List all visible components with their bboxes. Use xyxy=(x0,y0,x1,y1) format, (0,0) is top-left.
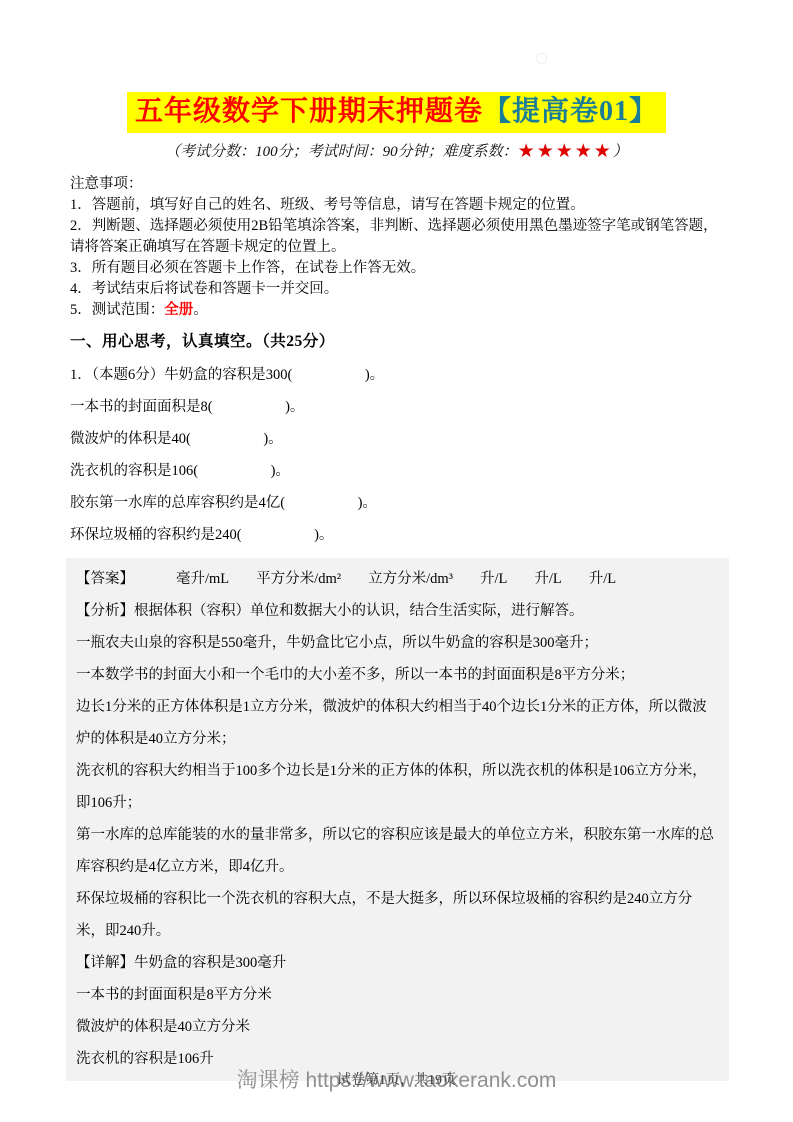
exam-info-line: （考试分数：100分；考试时间：90分钟；难度系数：★★★★★） xyxy=(70,140,723,163)
analysis-line: 洗衣机的容积大约相当于100多个边长是1分米的正方体的体积，所以洗衣机的体积是1… xyxy=(76,755,719,819)
detail-line: 微波炉的体积是40立方分米 xyxy=(76,1011,719,1043)
title-highlight: 五年级数学下册期末押题卷【提高卷01】 xyxy=(127,92,666,133)
note-item-5-prefix: 5．测试范围： xyxy=(70,302,164,318)
answer-value: 升/L xyxy=(589,563,616,595)
note-item-1: 1．答题前，填写好自己的姓名、班级、考号等信息，请写在答题卡规定的位置。 xyxy=(70,195,723,216)
detail-line: 【详解】牛奶盒的容积是300毫升 xyxy=(76,947,719,979)
difficulty-stars: ★★★★★ xyxy=(518,141,613,162)
question-line: 环保垃圾桶的容积约是240( )。 xyxy=(70,528,723,543)
notes-section: 注意事项： 1．答题前，填写好自己的姓名、班级、考号等信息，请写在答题卡规定的位… xyxy=(70,174,723,321)
analysis-line: 一本数学书的封面大小和一个毛巾的大小差不多，所以一本书的封面面积是8平方分米； xyxy=(76,659,719,691)
answer-row: 【答案】 毫升/mL 平方分米/dm² 立方分米/dm³ 升/L 升/L 升/L xyxy=(76,563,719,595)
answer-value: 升/L xyxy=(480,563,507,595)
note-item-5-suffix: 。 xyxy=(193,302,208,318)
section-heading: 一、用心思考，认真填空。（共25分） xyxy=(70,329,723,351)
test-range-value: 全册 xyxy=(164,302,193,318)
answer-value: 立方分米/dm³ xyxy=(368,563,453,595)
page-number-text: 试卷第1页，共19页 xyxy=(0,1069,793,1089)
question-line: 1．（本题6分）牛奶盒的容积是300( )。 xyxy=(70,368,723,383)
analysis-line: 第一水库的总库能装的水的量非常多，所以它的容积应该是最大的单位立方米，积胶东第一… xyxy=(76,819,719,883)
analysis-line: 环保垃圾桶的容积比一个洗衣机的容积大点，不是大挺多，所以环保垃圾桶的容积约是24… xyxy=(76,883,719,947)
question-1: 1．（本题6分）牛奶盒的容积是300( )。 一本书的封面面积是8( )。 微波… xyxy=(70,368,723,543)
answer-label: 【答案】 xyxy=(76,563,134,595)
question-line: 洗衣机的容积是106( )。 xyxy=(70,464,723,479)
exam-info-suffix: ） xyxy=(613,144,628,160)
page-title: 五年级数学下册期末押题卷【提高卷01】 xyxy=(70,92,723,133)
note-item-4: 4．考试结束后将试卷和答题卡一并交回。 xyxy=(70,279,723,300)
scan-artifact-mark xyxy=(536,53,547,64)
exam-document-page: 五年级数学下册期末押题卷【提高卷01】 （考试分数：100分；考试时间：90分钟… xyxy=(0,0,793,1122)
answer-value: 平方分米/dm² xyxy=(256,563,341,595)
note-item-2: 2．判断题、选择题必须使用2B铅笔填涂答案，非判断、选择题必须使用黑色墨迹签字笔… xyxy=(70,216,723,258)
answer-value: 毫升/mL xyxy=(176,563,229,595)
title-main-text: 五年级数学下册期末押题卷 xyxy=(135,96,483,127)
question-line: 胶东第一水库的总库容积约是4亿( )。 xyxy=(70,496,723,511)
note-item-3: 3．所有题目必须在答题卡上作答，在试卷上作答无效。 xyxy=(70,258,723,279)
answer-block: 【答案】 毫升/mL 平方分米/dm² 立方分米/dm³ 升/L 升/L 升/L… xyxy=(66,558,729,1081)
question-line: 微波炉的体积是40( )。 xyxy=(70,432,723,447)
notes-heading: 注意事项： xyxy=(70,174,723,195)
exam-info-prefix: （考试分数：100分；考试时间：90分钟；难度系数： xyxy=(165,144,518,160)
detail-line: 一本书的封面面积是8平方分米 xyxy=(76,979,719,1011)
question-line: 一本书的封面面积是8( )。 xyxy=(70,400,723,415)
analysis-line: 一瓶农夫山泉的容积是550毫升，牛奶盒比它小点，所以牛奶盒的容积是300毫升； xyxy=(76,627,719,659)
analysis-line: 边长1分米的正方体体积是1立方分米，微波炉的体积大约相当于40个边长1分米的正方… xyxy=(76,691,719,755)
analysis-line: 【分析】根据体积（容积）单位和数据大小的认识，结合生活实际，进行解答。 xyxy=(76,595,719,627)
note-item-5: 5．测试范围：全册。 xyxy=(70,300,723,321)
answer-value: 升/L xyxy=(534,563,561,595)
title-volume-text: 【提高卷01】 xyxy=(483,96,658,127)
page-footer: 淘课榜 https://www.taokerank.com 试卷第1页，共19页 xyxy=(0,1058,793,1108)
